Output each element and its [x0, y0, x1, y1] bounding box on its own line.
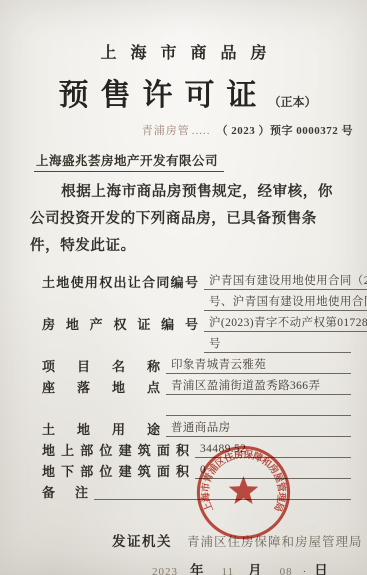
field-row-land-use: 土地用途 普通商品房 [0, 416, 367, 437]
field-value: 普通商品房 [166, 421, 351, 437]
field-row-property-cert-no: 房地产权证编号 沪(2023)青字不动产权第017285 [0, 311, 367, 332]
field-value: 0 [195, 463, 351, 479]
field-value-continuation: 号 [204, 337, 351, 353]
issue-date-row: 2023 年 11 月 08 · 日 [152, 559, 367, 575]
issue-year: 2023 [152, 566, 178, 575]
field-label: 地上部位建筑面积 [42, 443, 189, 458]
field-label: 座落地点 [42, 380, 160, 395]
field-row-project-name: 项目名称 印象青城青云雅苑 [0, 353, 367, 374]
fields-section: 土地使用权出让合同编号 沪青国有建设用地使用合同（2023）14 号、沪青国有建… [0, 269, 367, 500]
document-main-title: 预售许可证 [50, 70, 268, 114]
permit-number: （ 2023 ）预字 0000372 号 [217, 122, 354, 138]
field-row-above-ground-area: 地上部位建筑面积 34489.52 [0, 437, 367, 458]
field-row-land-contract-no: 土地使用权出让合同编号 沪青国有建设用地使用合同（2023）14 [0, 269, 367, 290]
fill-in-dots: ..... [192, 125, 211, 137]
field-row-below-ground-area: 地下部位建筑面积 0 [0, 458, 367, 479]
permit-number-line: 青浦房管 ..... （ 2023 ）预字 0000372 号 [0, 122, 353, 138]
document-category-title: 上海市商品房 [0, 40, 367, 63]
document-copy-type: （正本） [268, 93, 316, 114]
certificate-statement: 根据上海市商品房预售规定，经审核，你公司投资开发的下列商品房，已具备预售条件，特… [30, 179, 341, 260]
field-label: 地下部位建筑面积 [42, 464, 189, 479]
field-label: 房地产权证编号 [42, 317, 198, 332]
field-row-land-contract-no-cont: 号、沪青国有建设用地使用合同补（2023）35号 [0, 290, 367, 311]
field-row-property-cert-no-cont: 号 [0, 332, 367, 353]
field-value: 青浦区盈浦街道盈秀路366弄 [166, 379, 351, 395]
field-label: 土地使用权出让合同编号 [42, 275, 198, 290]
issuing-authority-row: 发证机关 青浦区住房保障和房屋管理局 [112, 530, 367, 550]
field-value: 沪青国有建设用地使用合同（2023）14 [204, 274, 367, 290]
field-value: 印象青城青云雅苑 [166, 358, 351, 374]
field-row-location-cont [0, 395, 367, 416]
field-value: 沪(2023)青字不动产权第017285 [204, 316, 367, 332]
presale-permit-document: 上海市商品房 预售许可证 （正本） 青浦房管 ..... （ 2023 ）预字 … [0, 0, 367, 575]
issuing-authority-label: 发证机关 [112, 530, 172, 550]
field-row-remarks: 备注 [0, 479, 367, 500]
month-unit: 月 [248, 559, 262, 575]
field-value-continuation [166, 414, 351, 416]
developer-company-name: 上海盛兆荟房地产开发有限公司 [34, 151, 224, 172]
date-dot: · [303, 566, 307, 575]
issuing-office-stamp-text: 青浦房管 [142, 122, 190, 138]
field-value-continuation: 号、沪青国有建设用地使用合同补（2023）35号 [204, 295, 367, 311]
issue-day: 08 [280, 566, 293, 575]
field-label: 土地用途 [42, 422, 160, 437]
document-title-row: 预售许可证 （正本） [0, 70, 367, 114]
day-unit: 日 [314, 559, 328, 575]
year-unit: 年 [190, 559, 204, 575]
field-value [94, 498, 351, 500]
field-value: 34489.52 [195, 442, 351, 458]
field-label: 项目名称 [42, 359, 160, 374]
field-label: 备注 [42, 485, 88, 500]
issuing-authority-name: 青浦区住房保障和房屋管理局 [187, 532, 363, 550]
field-row-location: 座落地点 青浦区盈浦街道盈秀路366弄 [0, 374, 367, 395]
issue-month: 11 [222, 566, 235, 575]
